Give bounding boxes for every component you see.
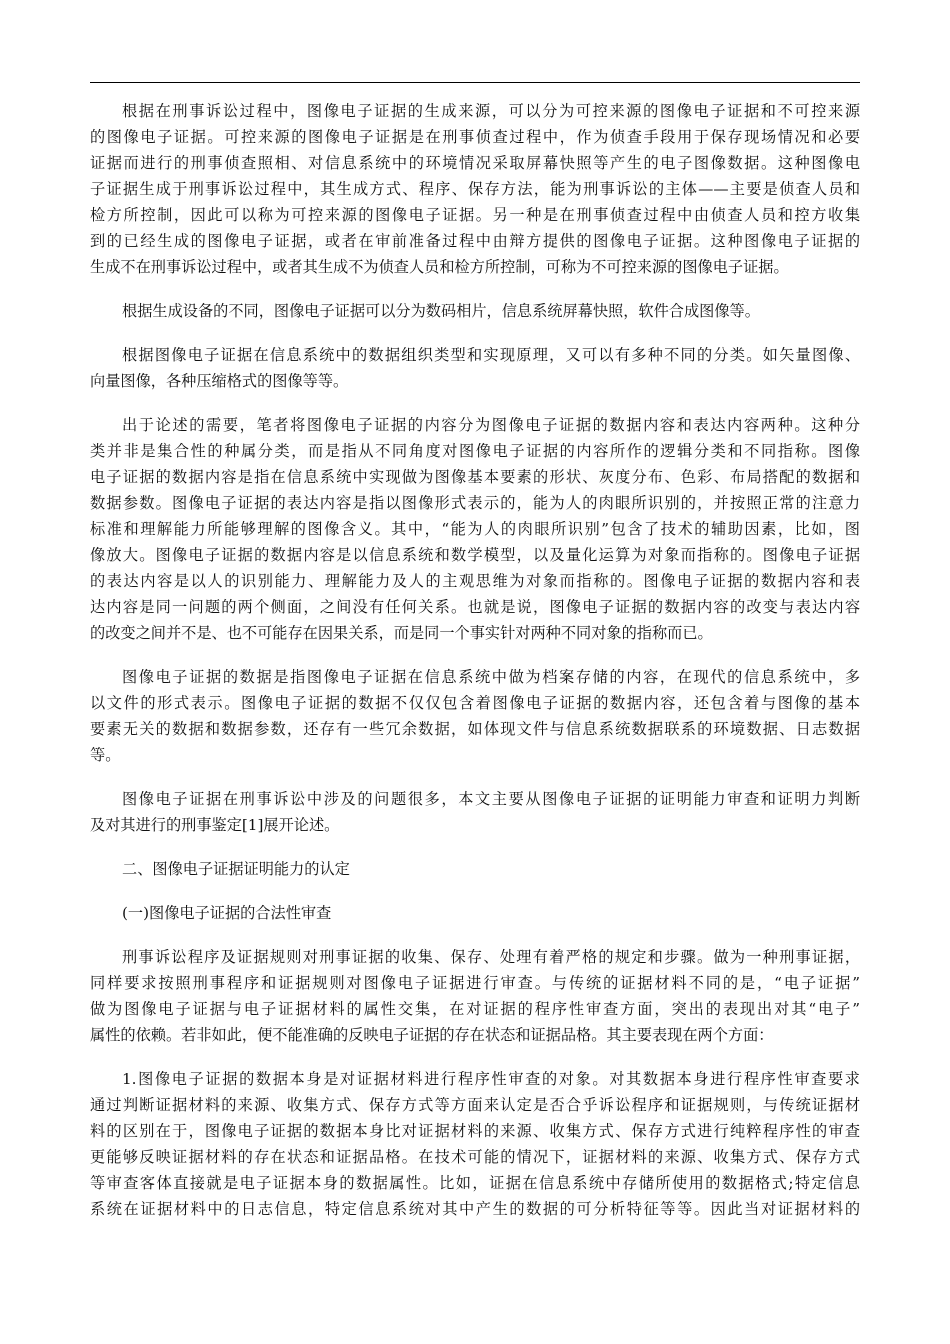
text-line: 标准和理解能力所能够理解的图像含义。其中，“能为人的肉眼所识别”包含了技术的辅助… <box>90 516 860 542</box>
text-line: 电子证据的数据内容是指在信息系统中实现做为图像基本要素的形状、灰度分布、色彩、布… <box>90 464 860 490</box>
text-line: 图像电子证据在刑事诉讼中涉及的问题很多，本文主要从图像电子证据的证明能力审查和证… <box>90 786 860 812</box>
body-paragraph: 根据在刑事诉讼过程中，图像电子证据的生成来源，可以分为可控来源的图像电子证据和不… <box>90 98 860 280</box>
body-paragraph: 1.图像电子证据的数据本身是对证据材料进行程序性审查的对象。对其数据本身进行程序… <box>90 1066 860 1222</box>
text-line: 的改变之间并不是、也不可能存在因果关系，而是同一个事实针对两种不同对象的指称而已… <box>90 620 860 646</box>
text-line: 像放大。图像电子证据的数据内容是以信息系统和数学模型，以及量化运算为对象而指称的… <box>90 542 860 568</box>
document-body: 根据在刑事诉讼过程中，图像电子证据的生成来源，可以分为可控来源的图像电子证据和不… <box>90 98 860 1240</box>
text-line: 根据图像电子证据在信息系统中的数据组织类型和实现原理，又可以有多种不同的分类。如… <box>90 342 860 368</box>
text-line: (一)图像电子证据的合法性审查 <box>90 900 860 926</box>
body-paragraph: 图像电子证据在刑事诉讼中涉及的问题很多，本文主要从图像电子证据的证明能力审查和证… <box>90 786 860 838</box>
text-line: 的图像电子证据。可控来源的图像电子证据是在刑事侦查过程中，作为侦查手段用于保存现… <box>90 124 860 150</box>
text-line: 到的已经生成的图像电子证据，或者在审前准备过程中由辩方提供的图像电子证据。这种图… <box>90 228 860 254</box>
body-paragraph: 图像电子证据的数据是指图像电子证据在信息系统中做为档案存储的内容，在现代的信息系… <box>90 664 860 768</box>
text-line: 出于论述的需要，笔者将图像电子证据的内容分为图像电子证据的数据内容和表达内容两种… <box>90 412 860 438</box>
text-line: 1.图像电子证据的数据本身是对证据材料进行程序性审查的对象。对其数据本身进行程序… <box>90 1066 860 1092</box>
text-line: 通过判断证据材料的来源、收集方式、保存方式等方面来认定是否合乎诉讼程序和证据规则… <box>90 1092 860 1118</box>
text-line: 等审查客体直接就是电子证据本身的数据属性。比如，证据在信息系统中存储所使用的数据… <box>90 1170 860 1196</box>
body-paragraph: 出于论述的需要，笔者将图像电子证据的内容分为图像电子证据的数据内容和表达内容两种… <box>90 412 860 646</box>
text-line: 根据在刑事诉讼过程中，图像电子证据的生成来源，可以分为可控来源的图像电子证据和不… <box>90 98 860 124</box>
text-line: 类并非是集合性的种属分类，而是指从不同角度对图像电子证据的内容所作的逻辑分类和不… <box>90 438 860 464</box>
text-line: 要素无关的数据和数据参数，还存有一些冗余数据，如体现文件与信息系统数据联系的环境… <box>90 716 860 742</box>
text-line: 数据参数。图像电子证据的表达内容是指以图像形式表示的，能为人的肉眼所识别的，并按… <box>90 490 860 516</box>
text-line: 生成不在刑事诉讼过程中，或者其生成不为侦查人员和检方所控制，可称为不可控来源的图… <box>90 254 860 280</box>
text-line: 及对其进行的刑事鉴定[1]展开论述。 <box>90 812 860 838</box>
header-rule <box>90 82 860 83</box>
text-line: 做为图像电子证据与电子证据材料的属性交集，在对证据的程序性审查方面，突出的表现出… <box>90 996 860 1022</box>
text-line: 达内容是同一问题的两个侧面，之间没有任何关系。也就是说，图像电子证据的数据内容的… <box>90 594 860 620</box>
text-line: 向量图像，各种压缩格式的图像等等。 <box>90 368 860 394</box>
text-line: 属性的依赖。若非如此，便不能准确的反映电子证据的存在状态和证据品格。其主要表现在… <box>90 1022 860 1048</box>
text-line: 子证据生成于刑事诉讼过程中，其生成方式、程序、保存方法，能为刑事诉讼的主体——主… <box>90 176 860 202</box>
text-line: 系统在证据材料中的日志信息，特定信息系统对其中产生的数据的可分析特征等等。因此当… <box>90 1196 860 1222</box>
text-line: 同样要求按照刑事程序和证据规则对图像电子证据进行审查。与传统的证据材料不同的是，… <box>90 970 860 996</box>
text-line: 刑事诉讼程序及证据规则对刑事证据的收集、保存、处理有着严格的规定和步骤。做为一种… <box>90 944 860 970</box>
text-line: 料的区别在于，图像电子证据的数据本身比对证据材料的来源、收集方式、保存方式进行纯… <box>90 1118 860 1144</box>
text-line: 更能够反映证据材料的存在状态和证据品格。在技术可能的情况下，证据材料的来源、收集… <box>90 1144 860 1170</box>
text-line: 根据生成设备的不同，图像电子证据可以分为数码相片，信息系统屏幕快照，软件合成图像… <box>90 298 860 324</box>
subsection-heading: (一)图像电子证据的合法性审查 <box>90 900 860 926</box>
body-paragraph: 刑事诉讼程序及证据规则对刑事证据的收集、保存、处理有着严格的规定和步骤。做为一种… <box>90 944 860 1048</box>
text-line: 以文件的形式表示。图像电子证据的数据不仅仅包含着图像电子证据的数据内容，还包含着… <box>90 690 860 716</box>
body-paragraph: 根据图像电子证据在信息系统中的数据组织类型和实现原理，又可以有多种不同的分类。如… <box>90 342 860 394</box>
text-line: 的表达内容是以人的识别能力、理解能力及人的主观思维为对象而指称的。图像电子证据的… <box>90 568 860 594</box>
text-line: 二、图像电子证据证明能力的认定 <box>90 856 860 882</box>
section-heading: 二、图像电子证据证明能力的认定 <box>90 856 860 882</box>
body-paragraph: 根据生成设备的不同，图像电子证据可以分为数码相片，信息系统屏幕快照，软件合成图像… <box>90 298 860 324</box>
text-line: 检方所控制，因此可以称为可控来源的图像电子证据。另一种是在刑事侦查过程中由侦查人… <box>90 202 860 228</box>
text-line: 等。 <box>90 742 860 768</box>
text-line: 证据而进行的刑事侦查照相、对信息系统中的环境情况采取屏幕快照等产生的电子图像数据… <box>90 150 860 176</box>
text-line: 图像电子证据的数据是指图像电子证据在信息系统中做为档案存储的内容，在现代的信息系… <box>90 664 860 690</box>
